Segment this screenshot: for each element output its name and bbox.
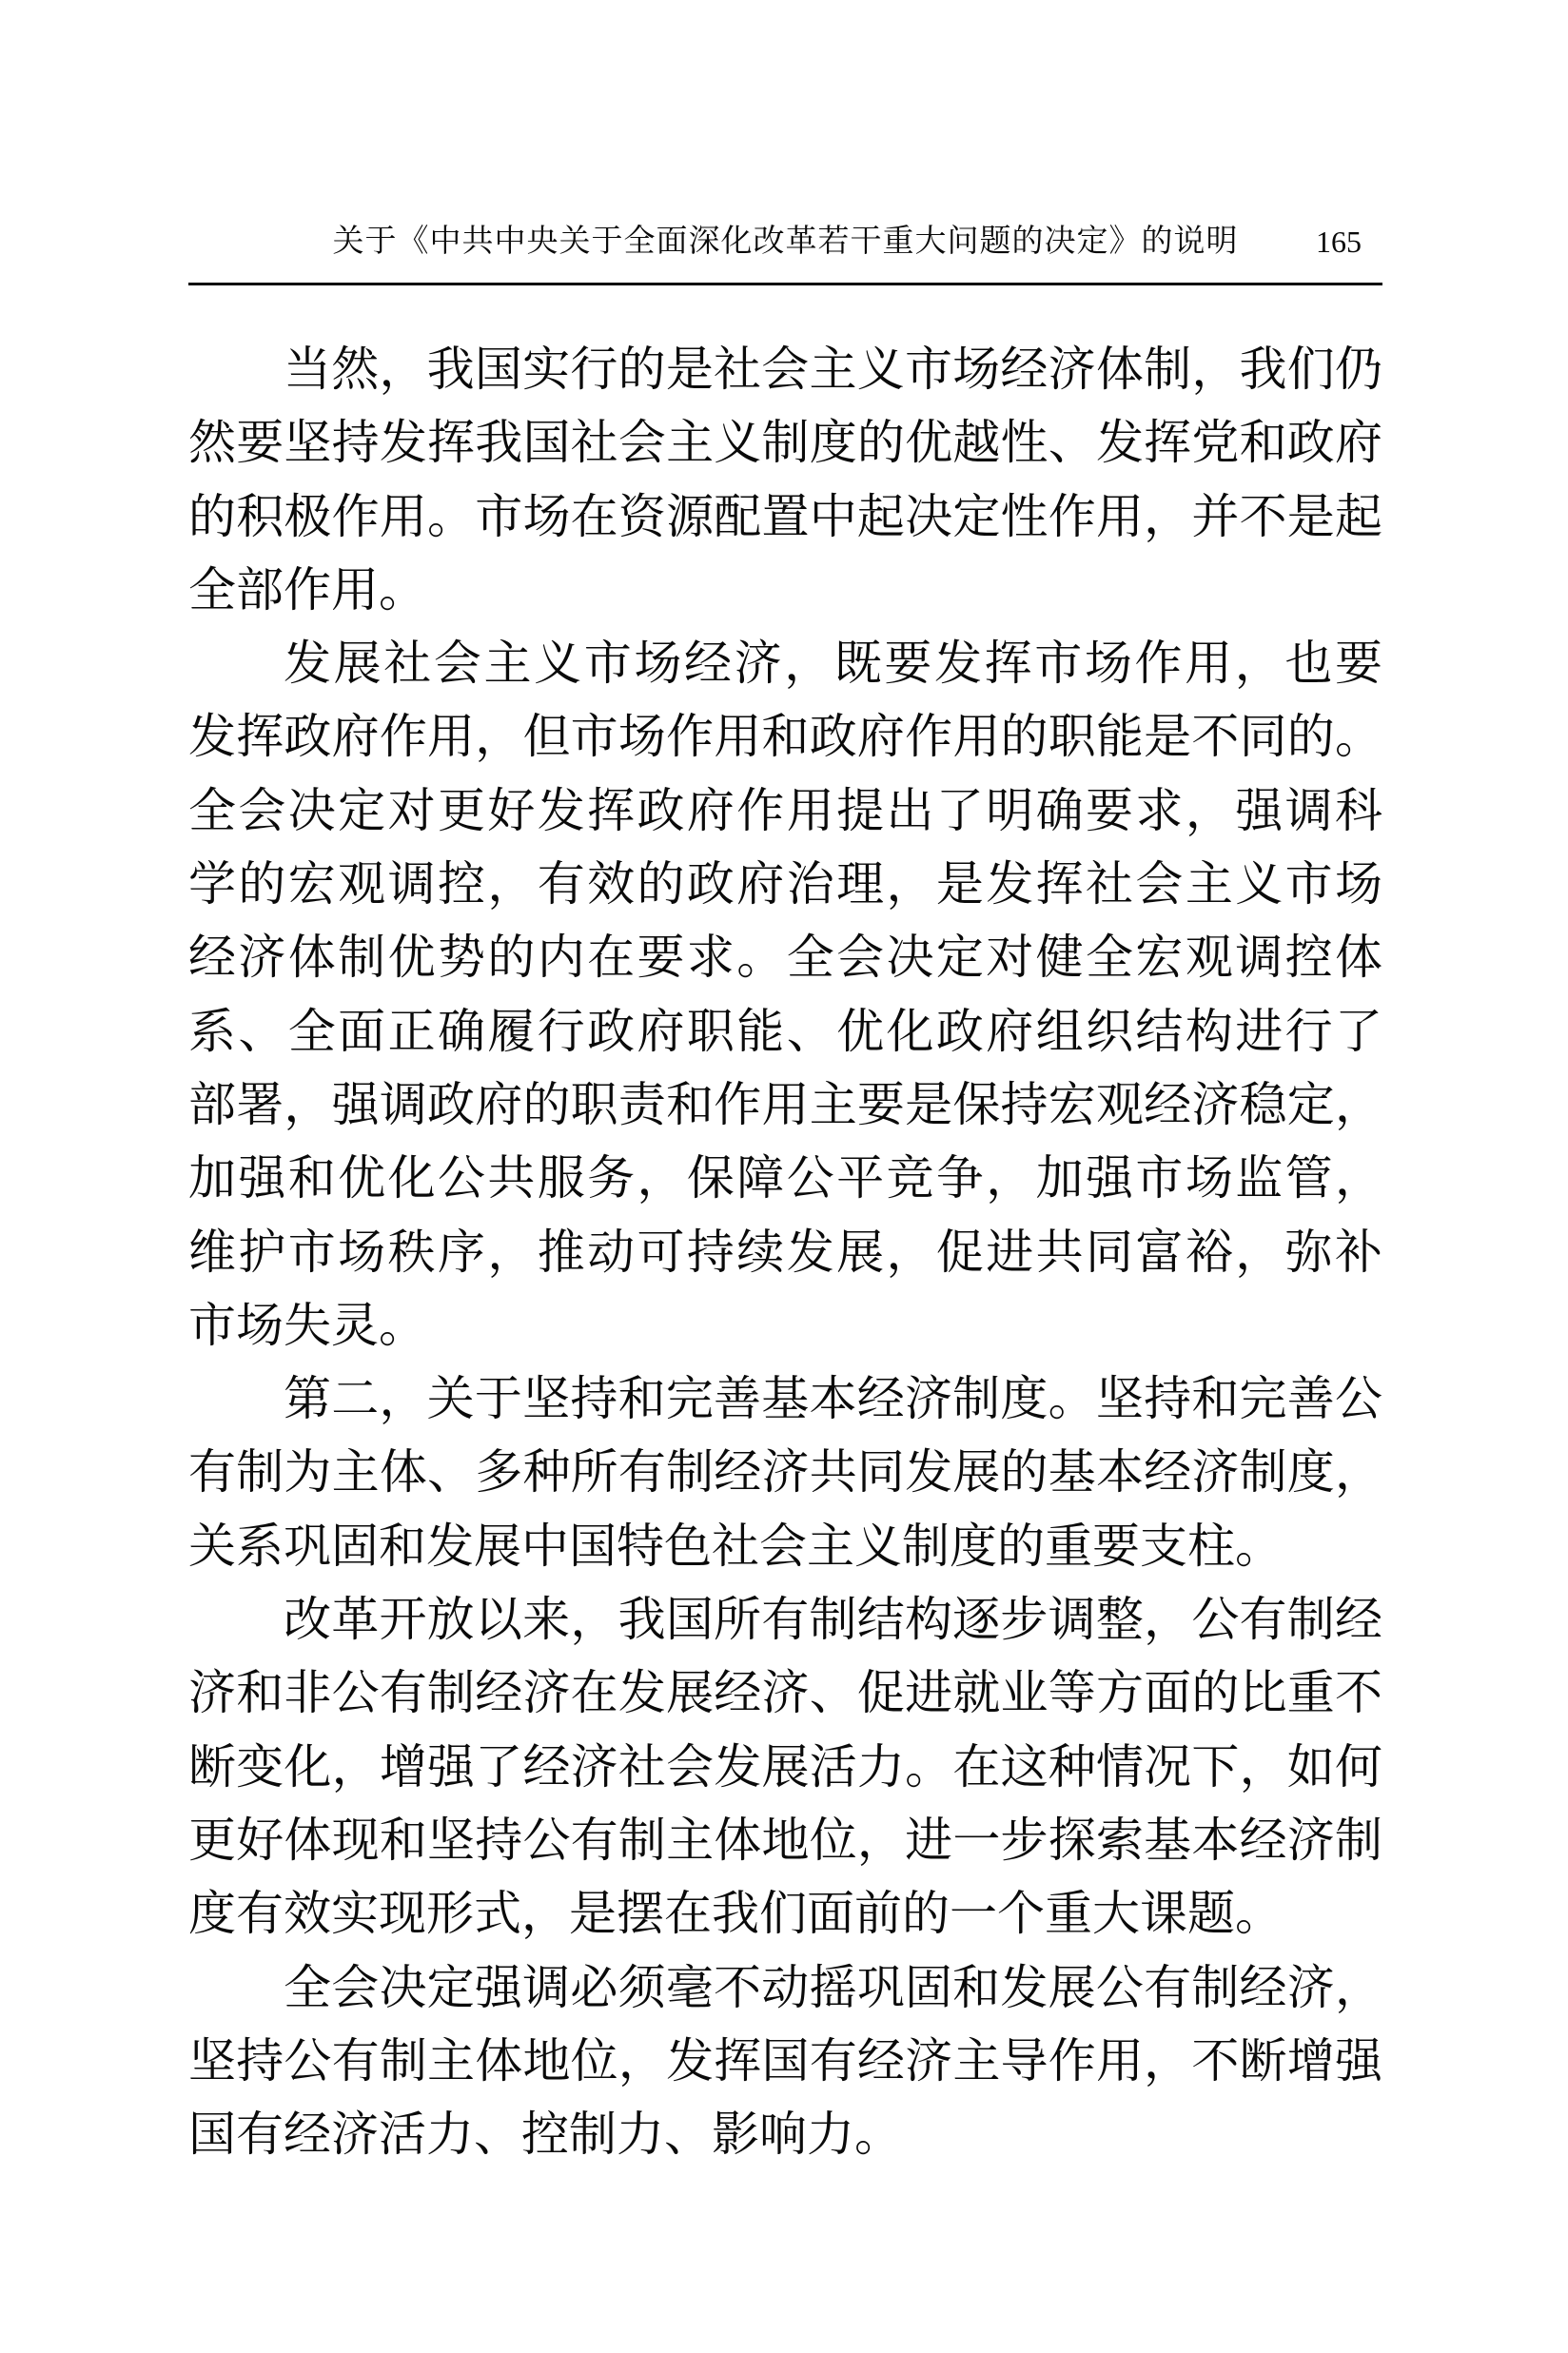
text-line: 学的宏观调控，有效的政府治理，是发挥社会主义市场 — [188, 848, 1382, 921]
text-line: 全部作用。 — [188, 554, 1382, 627]
text-line: 国有经济活力、控制力、影响力。 — [188, 2098, 1382, 2171]
book-page: 关于《中共中央关于全面深化改革若干重大问题的决定》的说明 165 当然，我国实行… — [0, 0, 1568, 2353]
text-line: 的积极作用。市场在资源配置中起决定性作用，并不是起 — [188, 480, 1382, 554]
text-line: 市场失灵。 — [188, 1289, 1382, 1363]
text-line: 第二，关于坚持和完善基本经济制度。坚持和完善公 — [188, 1363, 1382, 1436]
text-line: 济和非公有制经济在发展经济、促进就业等方面的比重不 — [188, 1657, 1382, 1730]
text-line: 部署，强调政府的职责和作用主要是保持宏观经济稳定， — [188, 1069, 1382, 1142]
text-line: 发展社会主义市场经济，既要发挥市场作用，也要 — [188, 627, 1382, 700]
text-line: 关系巩固和发展中国特色社会主义制度的重要支柱。 — [188, 1510, 1382, 1583]
text-line: 坚持公有制主体地位，发挥国有经济主导作用，不断增强 — [188, 2025, 1382, 2098]
text-line: 经济体制优势的内在要求。全会决定对健全宏观调控体 — [188, 921, 1382, 994]
header-rule — [188, 283, 1382, 285]
text-line: 度有效实现形式，是摆在我们面前的一个重大课题。 — [188, 1877, 1382, 1951]
text-line: 全会决定强调必须毫不动摇巩固和发展公有制经济， — [188, 1951, 1382, 2025]
text-block: 当然，我国实行的是社会主义市场经济体制，我们仍然要坚持发挥我国社会主义制度的优越… — [188, 333, 1382, 2171]
text-line: 当然，我国实行的是社会主义市场经济体制，我们仍 — [188, 333, 1382, 406]
text-line: 然要坚持发挥我国社会主义制度的优越性、发挥党和政府 — [188, 406, 1382, 480]
text-line: 更好体现和坚持公有制主体地位，进一步探索基本经济制 — [188, 1804, 1382, 1877]
header-title: 关于《中共中央关于全面深化改革若干重大问题的决定》的说明 — [188, 221, 1382, 263]
text-line: 改革开放以来，我国所有制结构逐步调整，公有制经 — [188, 1583, 1382, 1657]
page-number: 165 — [1316, 221, 1362, 263]
text-line: 发挥政府作用，但市场作用和政府作用的职能是不同的。 — [188, 700, 1382, 774]
text-line: 有制为主体、多种所有制经济共同发展的基本经济制度， — [188, 1436, 1382, 1509]
text-line: 维护市场秩序，推动可持续发展，促进共同富裕，弥补 — [188, 1216, 1382, 1289]
running-header: 关于《中共中央关于全面深化改革若干重大问题的决定》的说明 165 — [188, 221, 1382, 263]
text-line: 断变化，增强了经济社会发展活力。在这种情况下，如何 — [188, 1731, 1382, 1804]
text-line: 系、全面正确履行政府职能、优化政府组织结构进行了 — [188, 995, 1382, 1069]
text-line: 全会决定对更好发挥政府作用提出了明确要求，强调科 — [188, 775, 1382, 848]
text-line: 加强和优化公共服务，保障公平竞争，加强市场监管， — [188, 1142, 1382, 1215]
